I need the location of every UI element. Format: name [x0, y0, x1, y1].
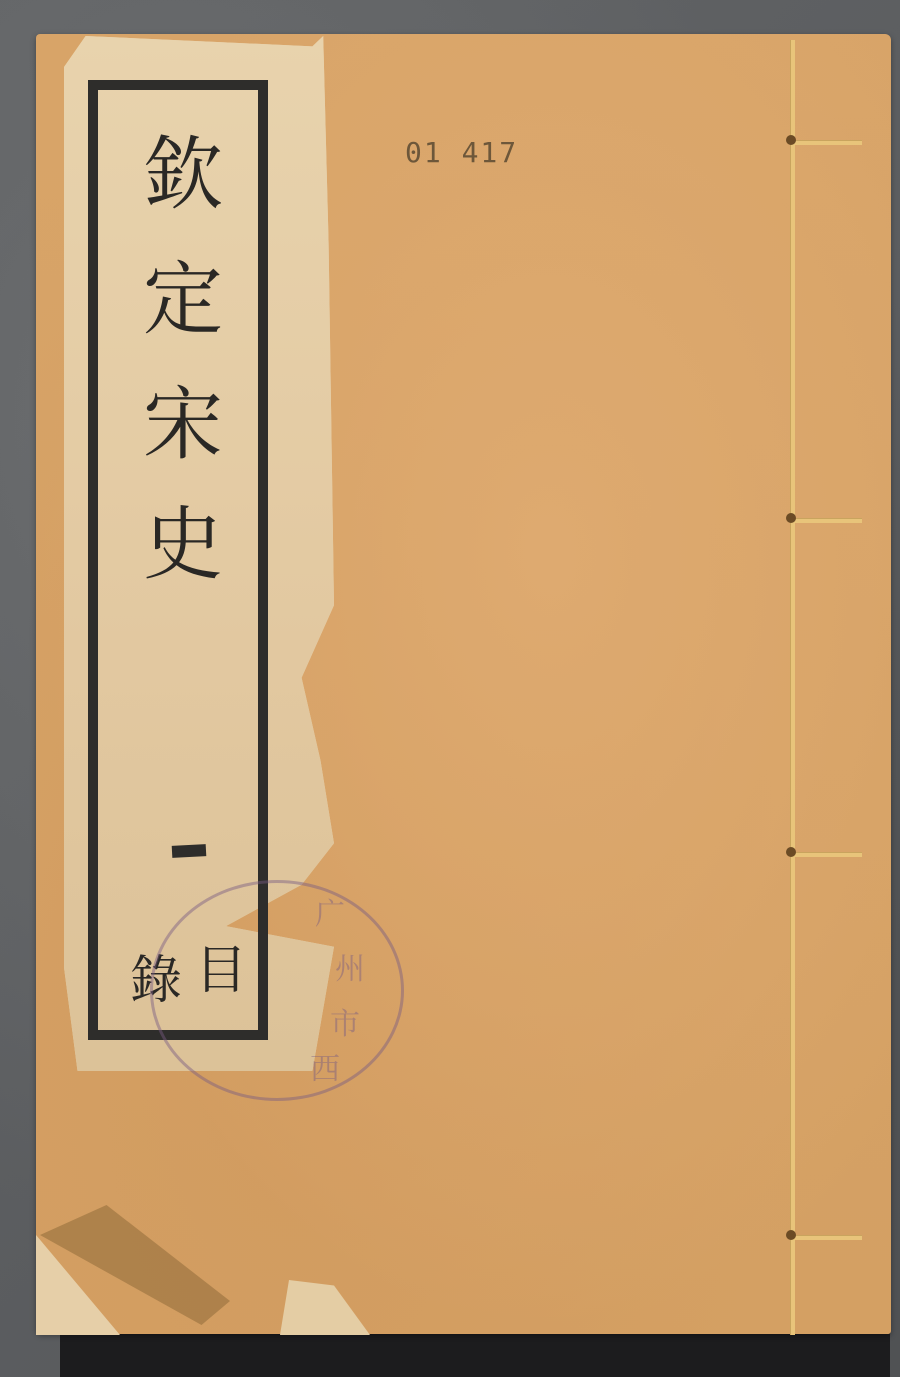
binding-hole-4	[786, 1230, 796, 1240]
binding-tie-1	[792, 140, 862, 145]
binding-thread	[790, 40, 795, 1335]
stamp-char-4: 西	[310, 1055, 340, 1085]
library-stamp	[150, 880, 404, 1101]
binding-hole-1	[786, 135, 796, 145]
volume-mark	[172, 844, 207, 858]
binding-tie-2	[792, 518, 862, 523]
binding-hole-2	[786, 513, 796, 523]
catalog-number: 01 417	[405, 136, 518, 169]
stamp-char-2: 州	[335, 955, 365, 985]
book-shadow	[60, 1330, 890, 1377]
title-char-3: 宋	[128, 385, 238, 465]
binding-tie-3	[792, 852, 862, 857]
binding-hole-3	[786, 847, 796, 857]
title-char-1: 欽	[128, 135, 238, 215]
title-char-4: 史	[128, 505, 238, 585]
binding-tie-4	[792, 1235, 862, 1240]
stamp-char-3: 市	[330, 1010, 360, 1040]
stamp-char-1: 广	[315, 900, 345, 930]
title-char-2: 定	[128, 260, 238, 340]
